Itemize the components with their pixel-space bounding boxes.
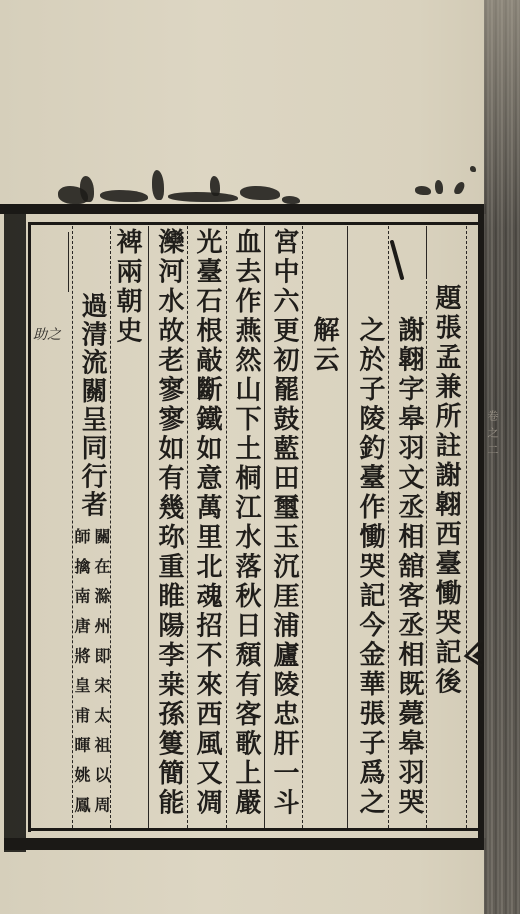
frame-bottom-inner-line <box>28 828 480 831</box>
frame-bottom-border <box>4 838 486 850</box>
annotation-left-line: 師擒南唐將皇甫暉姚鳳 <box>71 528 91 826</box>
preface-column-1: 謝翺字皋羽文丞相舘客丞相既薨皋羽哭 <box>390 316 428 818</box>
preface-column-2: 之於子陵釣臺作慟哭記今金華張子爲之 <box>351 316 389 818</box>
poem-column-5: 裨兩朝史 <box>108 228 146 346</box>
next-title-column: 過清流關呈同行者 <box>73 292 111 519</box>
fishtail-mark-icon <box>462 638 484 668</box>
frame-left-border <box>4 204 26 852</box>
jie-yun-label: 解云 <box>305 316 343 375</box>
frame-top-border <box>0 204 486 214</box>
poem-column-3: 光臺石根敲斷鐵如意萬里北魂招不來西風又凋 <box>188 228 226 818</box>
margin-note: 助之 <box>33 324 61 344</box>
frame-top-inner-line <box>28 222 480 225</box>
frame-left-inner-line <box>28 222 31 832</box>
poem-column-1: 宮中六更初罷鼓藍田璽玉沉厓浦廬陵忠肝一斗 <box>265 228 303 818</box>
title-column: 題張孟兼所註謝翺西臺慟哭記後 <box>427 284 465 697</box>
fold-label: 卷之二 <box>486 410 500 461</box>
poem-column-2: 血去作燕然山下土桐江水落秋日頹有客歌上嚴 <box>227 228 265 818</box>
annotation-right-line: 關在滁州即宋太祖以周 <box>91 528 111 826</box>
poem-column-4: 灤河水故老寥寥如有幾珎重睢陽李桒孫篗簡能 <box>150 228 188 818</box>
ink-stroke-mark <box>388 240 408 282</box>
